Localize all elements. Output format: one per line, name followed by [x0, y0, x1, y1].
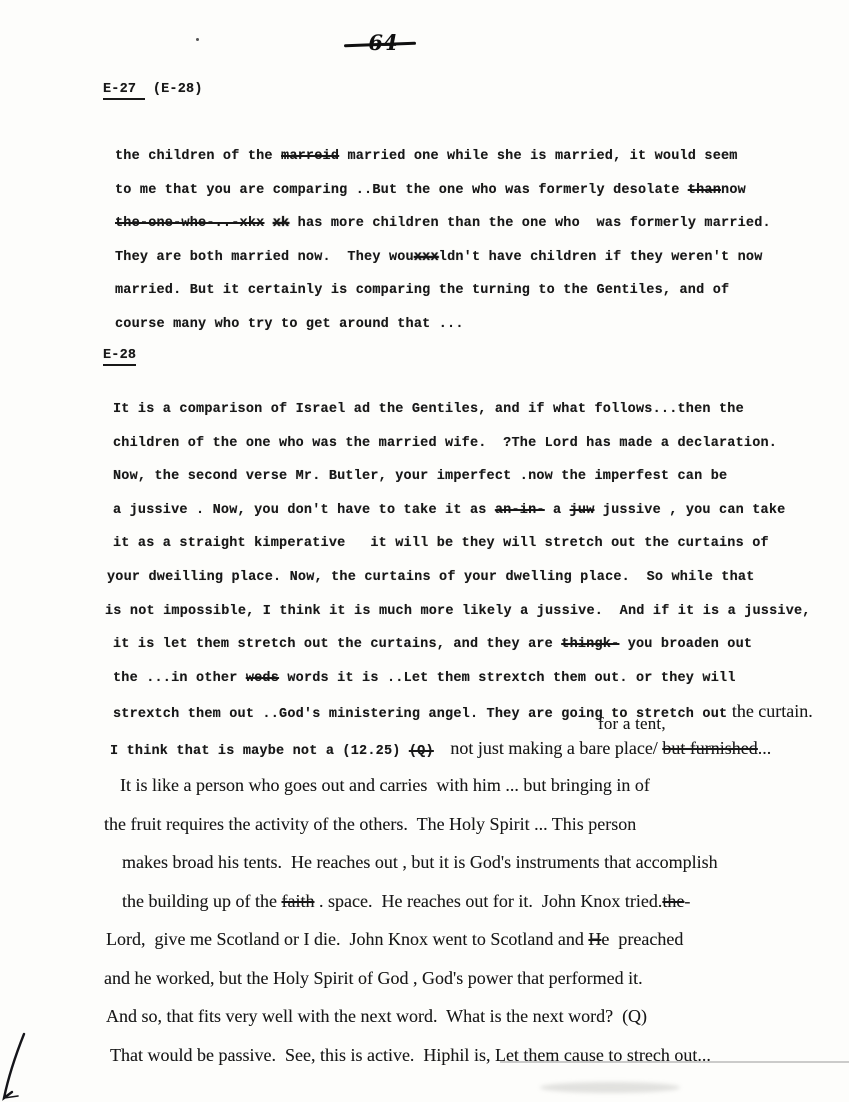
text-segment: ...	[758, 738, 772, 758]
struck-text: thingk-	[561, 637, 619, 652]
text-line: It is a comparison of Israel ad the Gent…	[0, 393, 849, 427]
text-segment	[264, 216, 272, 231]
text-line: the ...in other weds words it is ..Let t…	[0, 662, 849, 696]
struck-text: H	[588, 929, 601, 949]
heading-e28: E-28	[0, 346, 136, 366]
text-segment: makes broad his tents. He reaches out , …	[122, 852, 718, 872]
text-line: the children of the marreid married one …	[0, 140, 849, 174]
text-segment: It is a comparison of Israel ad the Gent…	[113, 402, 744, 417]
text-line: the-one-whe-..-xkx xk has more children …	[0, 207, 849, 241]
document-page: 64 E-27 (E-28) the children of the marre…	[0, 0, 849, 1102]
text-line: for a tent,	[598, 714, 666, 734]
struck-text: xxx	[414, 250, 439, 265]
text-segment: married one while she is married, it wou…	[339, 149, 737, 164]
text-segment: jussive , you can take	[595, 503, 786, 518]
text-segment: has more children than the one who was f…	[289, 216, 770, 231]
text-line: it as a straight kimperative it will be …	[0, 527, 849, 561]
text-segment: They are both married now. They wou	[115, 250, 414, 265]
scan-edge-line	[500, 1061, 849, 1063]
text-segment: not just making a bare place/	[450, 738, 662, 758]
text-segment: Lord, give me Scotland or I die. John Kn…	[106, 929, 588, 949]
text-line: They are both married now. They wouxxxld…	[0, 241, 849, 275]
scan-smudge	[540, 1082, 680, 1093]
text-line: to me that you are comparing ..But the o…	[0, 174, 849, 208]
text-segment: a	[545, 503, 570, 518]
text-segment: Now, the second verse Mr. Butler, your i…	[113, 469, 727, 484]
text-segment: it is let them stretch out the curtains,…	[113, 637, 561, 652]
struck-text: (Q)	[409, 744, 434, 759]
struck-text: the	[662, 891, 684, 911]
text-line: makes broad his tents. He reaches out , …	[0, 843, 849, 882]
paragraph-3: It is like a person who goes out and car…	[0, 766, 849, 1074]
text-segment: course many who try to get around that .…	[115, 317, 464, 332]
struck-text: xk	[273, 216, 290, 231]
insert-for-a-tent: for a tent,	[598, 714, 666, 734]
text-line: It is like a person who goes out and car…	[0, 766, 849, 805]
text-line: strextch them out ..God's ministering an…	[0, 695, 849, 732]
text-segment: words it is ..Let them strextch them out…	[279, 671, 736, 686]
text-segment: a jussive . Now, you don't have to take …	[113, 503, 495, 518]
text-segment: I think that is maybe not a (12.25)	[110, 744, 409, 759]
text-line: children of the one who was the married …	[0, 427, 849, 461]
text-line: And so, that fits very well with the nex…	[0, 997, 849, 1036]
text-segment: the children of the	[115, 149, 281, 164]
text-segment: And so, that fits very well with the nex…	[106, 1006, 647, 1026]
text-line: That would be passive. See, this is acti…	[0, 1036, 849, 1075]
text-segment: e preached	[601, 929, 683, 949]
paragraph-1: the children of the marreid married one …	[0, 140, 849, 342]
text-segment: children of the one who was the married …	[113, 436, 777, 451]
text-segment: to me that you are comparing ..But the o…	[115, 183, 688, 198]
text-line: a jussive . Now, you don't have to take …	[0, 494, 849, 528]
text-line: I think that is maybe not a (12.25) (Q) …	[0, 732, 849, 769]
text-segment: -	[684, 891, 690, 911]
text-segment: it as a straight kimperative it will be …	[113, 536, 769, 551]
text-segment: the fruit requires the activity of the o…	[104, 814, 636, 834]
struck-text: but furnished	[662, 738, 757, 758]
text-segment: . space. He reaches out for it. John Kno…	[314, 891, 662, 911]
text-line: it is let them stretch out the curtains,…	[0, 628, 849, 662]
text-line: Now, the second verse Mr. Butler, your i…	[0, 460, 849, 494]
text-segment: married. But it certainly is comparing t…	[115, 283, 729, 298]
text-segment: you broaden out	[619, 637, 752, 652]
text-line: E-28	[0, 346, 136, 366]
ink-mark	[0, 1032, 44, 1102]
text-segment: for a tent,	[598, 714, 666, 733]
text-segment: now	[721, 183, 746, 198]
text-segment: ldn't have children if they weren't now	[439, 250, 763, 265]
text-line: E-27 (E-28)	[0, 80, 203, 100]
text-segment: It is like a person who goes out and car…	[120, 775, 650, 795]
text-line: is not impossible, I think it is much mo…	[0, 595, 849, 629]
text-line: the building up of the faith . space. He…	[0, 882, 849, 921]
text-segment: E-27	[103, 82, 145, 100]
struck-text: marreid	[281, 149, 339, 164]
text-segment: is not impossible, I think it is much mo…	[105, 604, 811, 619]
struck-text: an-in-	[495, 503, 545, 518]
paragraph-2: It is a comparison of Israel ad the Gent…	[0, 393, 849, 769]
struck-text: than	[688, 183, 721, 198]
heading-e27: E-27 (E-28)	[0, 80, 203, 100]
struck-text: faith	[281, 891, 314, 911]
text-line: Lord, give me Scotland or I die. John Kn…	[0, 920, 849, 959]
page-number: 64	[338, 30, 428, 55]
text-segment: and he worked, but the Holy Spirit of Go…	[104, 968, 643, 988]
text-segment: your dweilling place. Now, the curtains …	[107, 570, 755, 585]
struck-text: weds	[246, 671, 279, 686]
text-segment	[434, 744, 451, 759]
text-line: your dweilling place. Now, the curtains …	[0, 561, 849, 595]
text-line: married. But it certainly is comparing t…	[0, 274, 849, 308]
scan-speck	[196, 38, 199, 41]
text-segment: the curtain.	[727, 701, 812, 721]
struck-text: the-one-whe-..-xkx	[115, 216, 264, 231]
text-line: the fruit requires the activity of the o…	[0, 805, 849, 844]
struck-text: juw	[570, 503, 595, 518]
text-segment: the building up of the	[122, 891, 281, 911]
text-line: and he worked, but the Holy Spirit of Go…	[0, 959, 849, 998]
text-segment: the ...in other	[113, 671, 246, 686]
text-segment: E-28	[103, 348, 136, 366]
text-segment: (E-28)	[145, 82, 203, 97]
text-line: course many who try to get around that .…	[0, 308, 849, 342]
